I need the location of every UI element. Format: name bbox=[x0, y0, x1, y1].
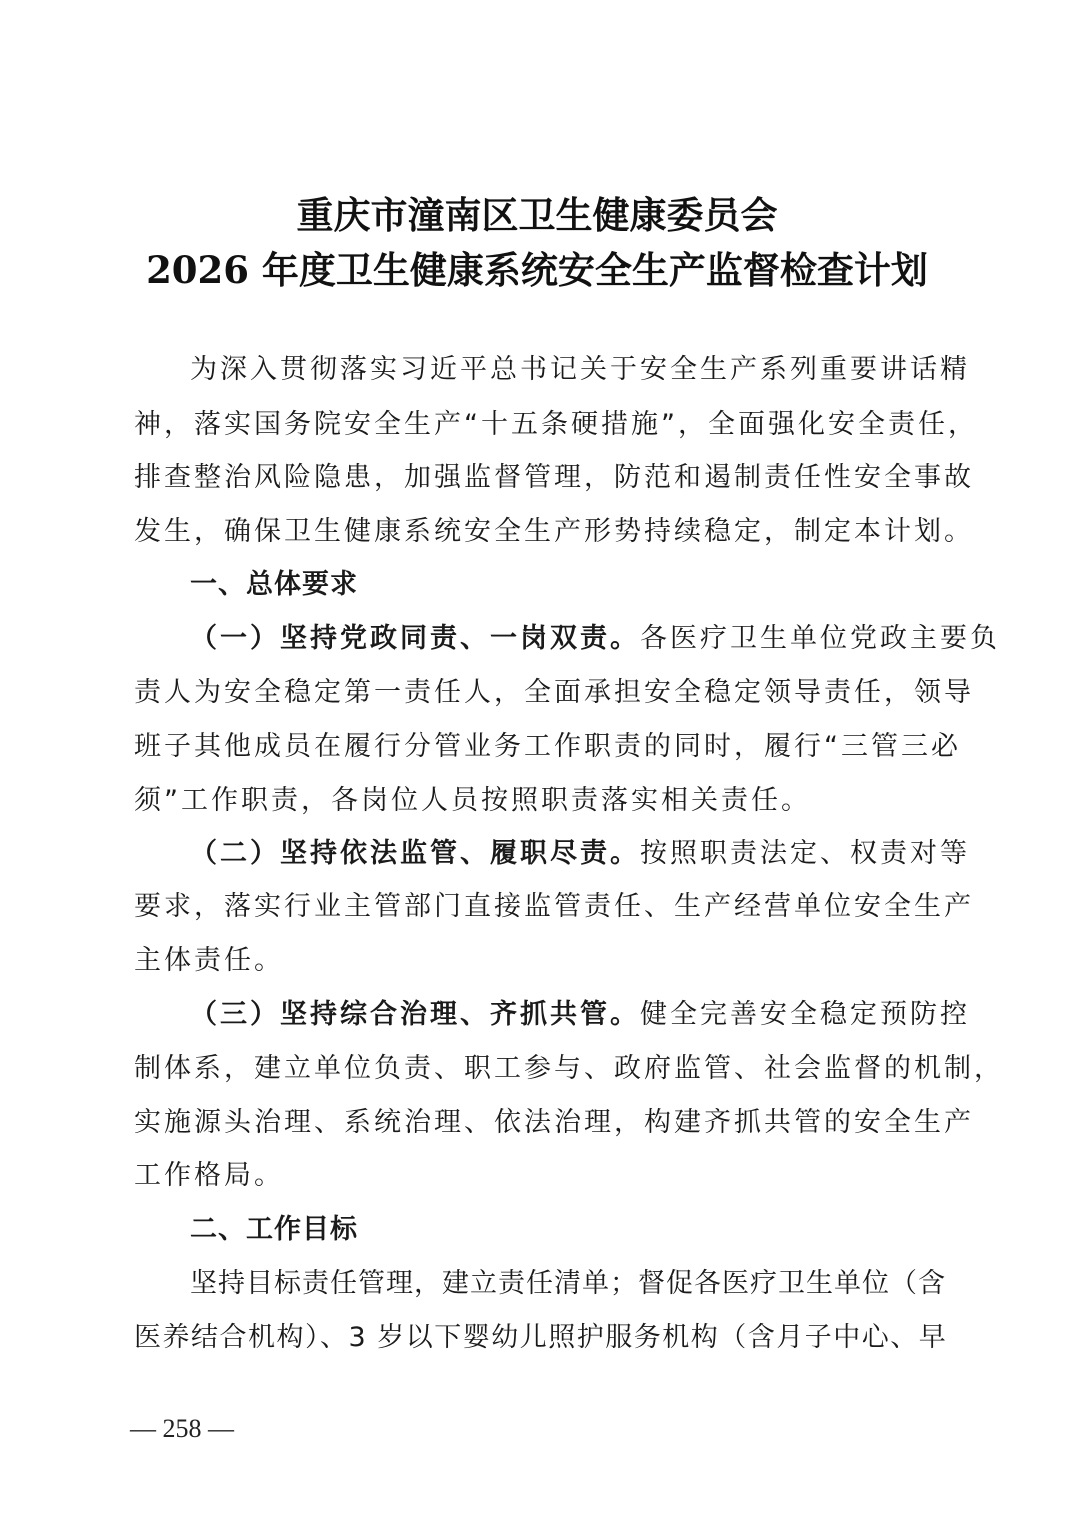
item-3-line-3: 实施源头治理、系统治理、依法治理，构建齐抓共管的安全生产 bbox=[134, 1105, 934, 1141]
item-2-text: 按照职责法定、权责对等 bbox=[640, 838, 970, 869]
intro-line-1: 为深入贯彻落实习近平总书记关于安全生产系列重要讲话精 bbox=[190, 352, 990, 388]
item-3-lead: （三）坚持综合治理、齐抓共管。 bbox=[190, 999, 640, 1030]
intro-line-4: 发生，确保卫生健康系统安全生产形势持续稳定，制定本计划。 bbox=[134, 514, 934, 550]
item-1-lead: （一）坚持党政同责、一岗双责。 bbox=[190, 623, 640, 654]
item-2-line-2: 要求，落实行业主管部门直接监管责任、生产经营单位安全生产 bbox=[134, 889, 934, 925]
section-1-heading: 一、总体要求 bbox=[190, 567, 990, 603]
item-2-lead: （二）坚持依法监管、履职尽责。 bbox=[190, 838, 640, 869]
item-3-line-4: 工作格局。 bbox=[134, 1158, 934, 1194]
document-page: 重庆市潼南区卫生健康委员会 2026 年度卫生健康系统安全生产监督检查计划 为深… bbox=[0, 0, 1074, 1520]
item-3-first-line: （三）坚持综合治理、齐抓共管。健全完善安全稳定预防控 bbox=[190, 997, 990, 1033]
page-number: — 258 — bbox=[130, 1414, 234, 1444]
item-3-text: 健全完善安全稳定预防控 bbox=[640, 999, 970, 1030]
document-title-line-2: 2026 年度卫生健康系统安全生产监督检查计划 bbox=[0, 240, 1074, 294]
section-2-line-2: 医养结合机构）、3 岁以下婴幼儿照护服务机构（含月子中心、早 bbox=[134, 1320, 934, 1356]
item-1-line-3: 班子其他成员在履行分管业务工作职责的同时，履行“三管三必 bbox=[134, 729, 934, 765]
item-1-line-2: 责人为安全稳定第一责任人，全面承担安全稳定领导责任，领导 bbox=[134, 675, 934, 711]
intro-line-2: 神，落实国务院安全生产“十五条硬措施”，全面强化安全责任， bbox=[134, 407, 934, 443]
section-2-line-1: 坚持目标责任管理，建立责任清单；督促各医疗卫生单位（含 bbox=[190, 1266, 990, 1302]
item-3-line-2: 制体系，建立单位负责、职工参与、政府监管、社会监督的机制， bbox=[134, 1051, 934, 1087]
intro-line-3: 排查整治风险隐患，加强监督管理，防范和遏制责任性安全事故 bbox=[134, 460, 934, 496]
section-2-heading: 二、工作目标 bbox=[190, 1212, 990, 1248]
item-1-line-4: 须”工作职责，各岗位人员按照职责落实相关责任。 bbox=[134, 783, 934, 819]
document-title-line-1: 重庆市潼南区卫生健康委员会 bbox=[0, 185, 1074, 239]
item-2-line-3: 主体责任。 bbox=[134, 943, 934, 979]
item-1-first-line: （一）坚持党政同责、一岗双责。各医疗卫生单位党政主要负 bbox=[190, 621, 990, 657]
item-1-text: 各医疗卫生单位党政主要负 bbox=[640, 623, 1000, 654]
item-2-first-line: （二）坚持依法监管、履职尽责。按照职责法定、权责对等 bbox=[190, 836, 990, 872]
